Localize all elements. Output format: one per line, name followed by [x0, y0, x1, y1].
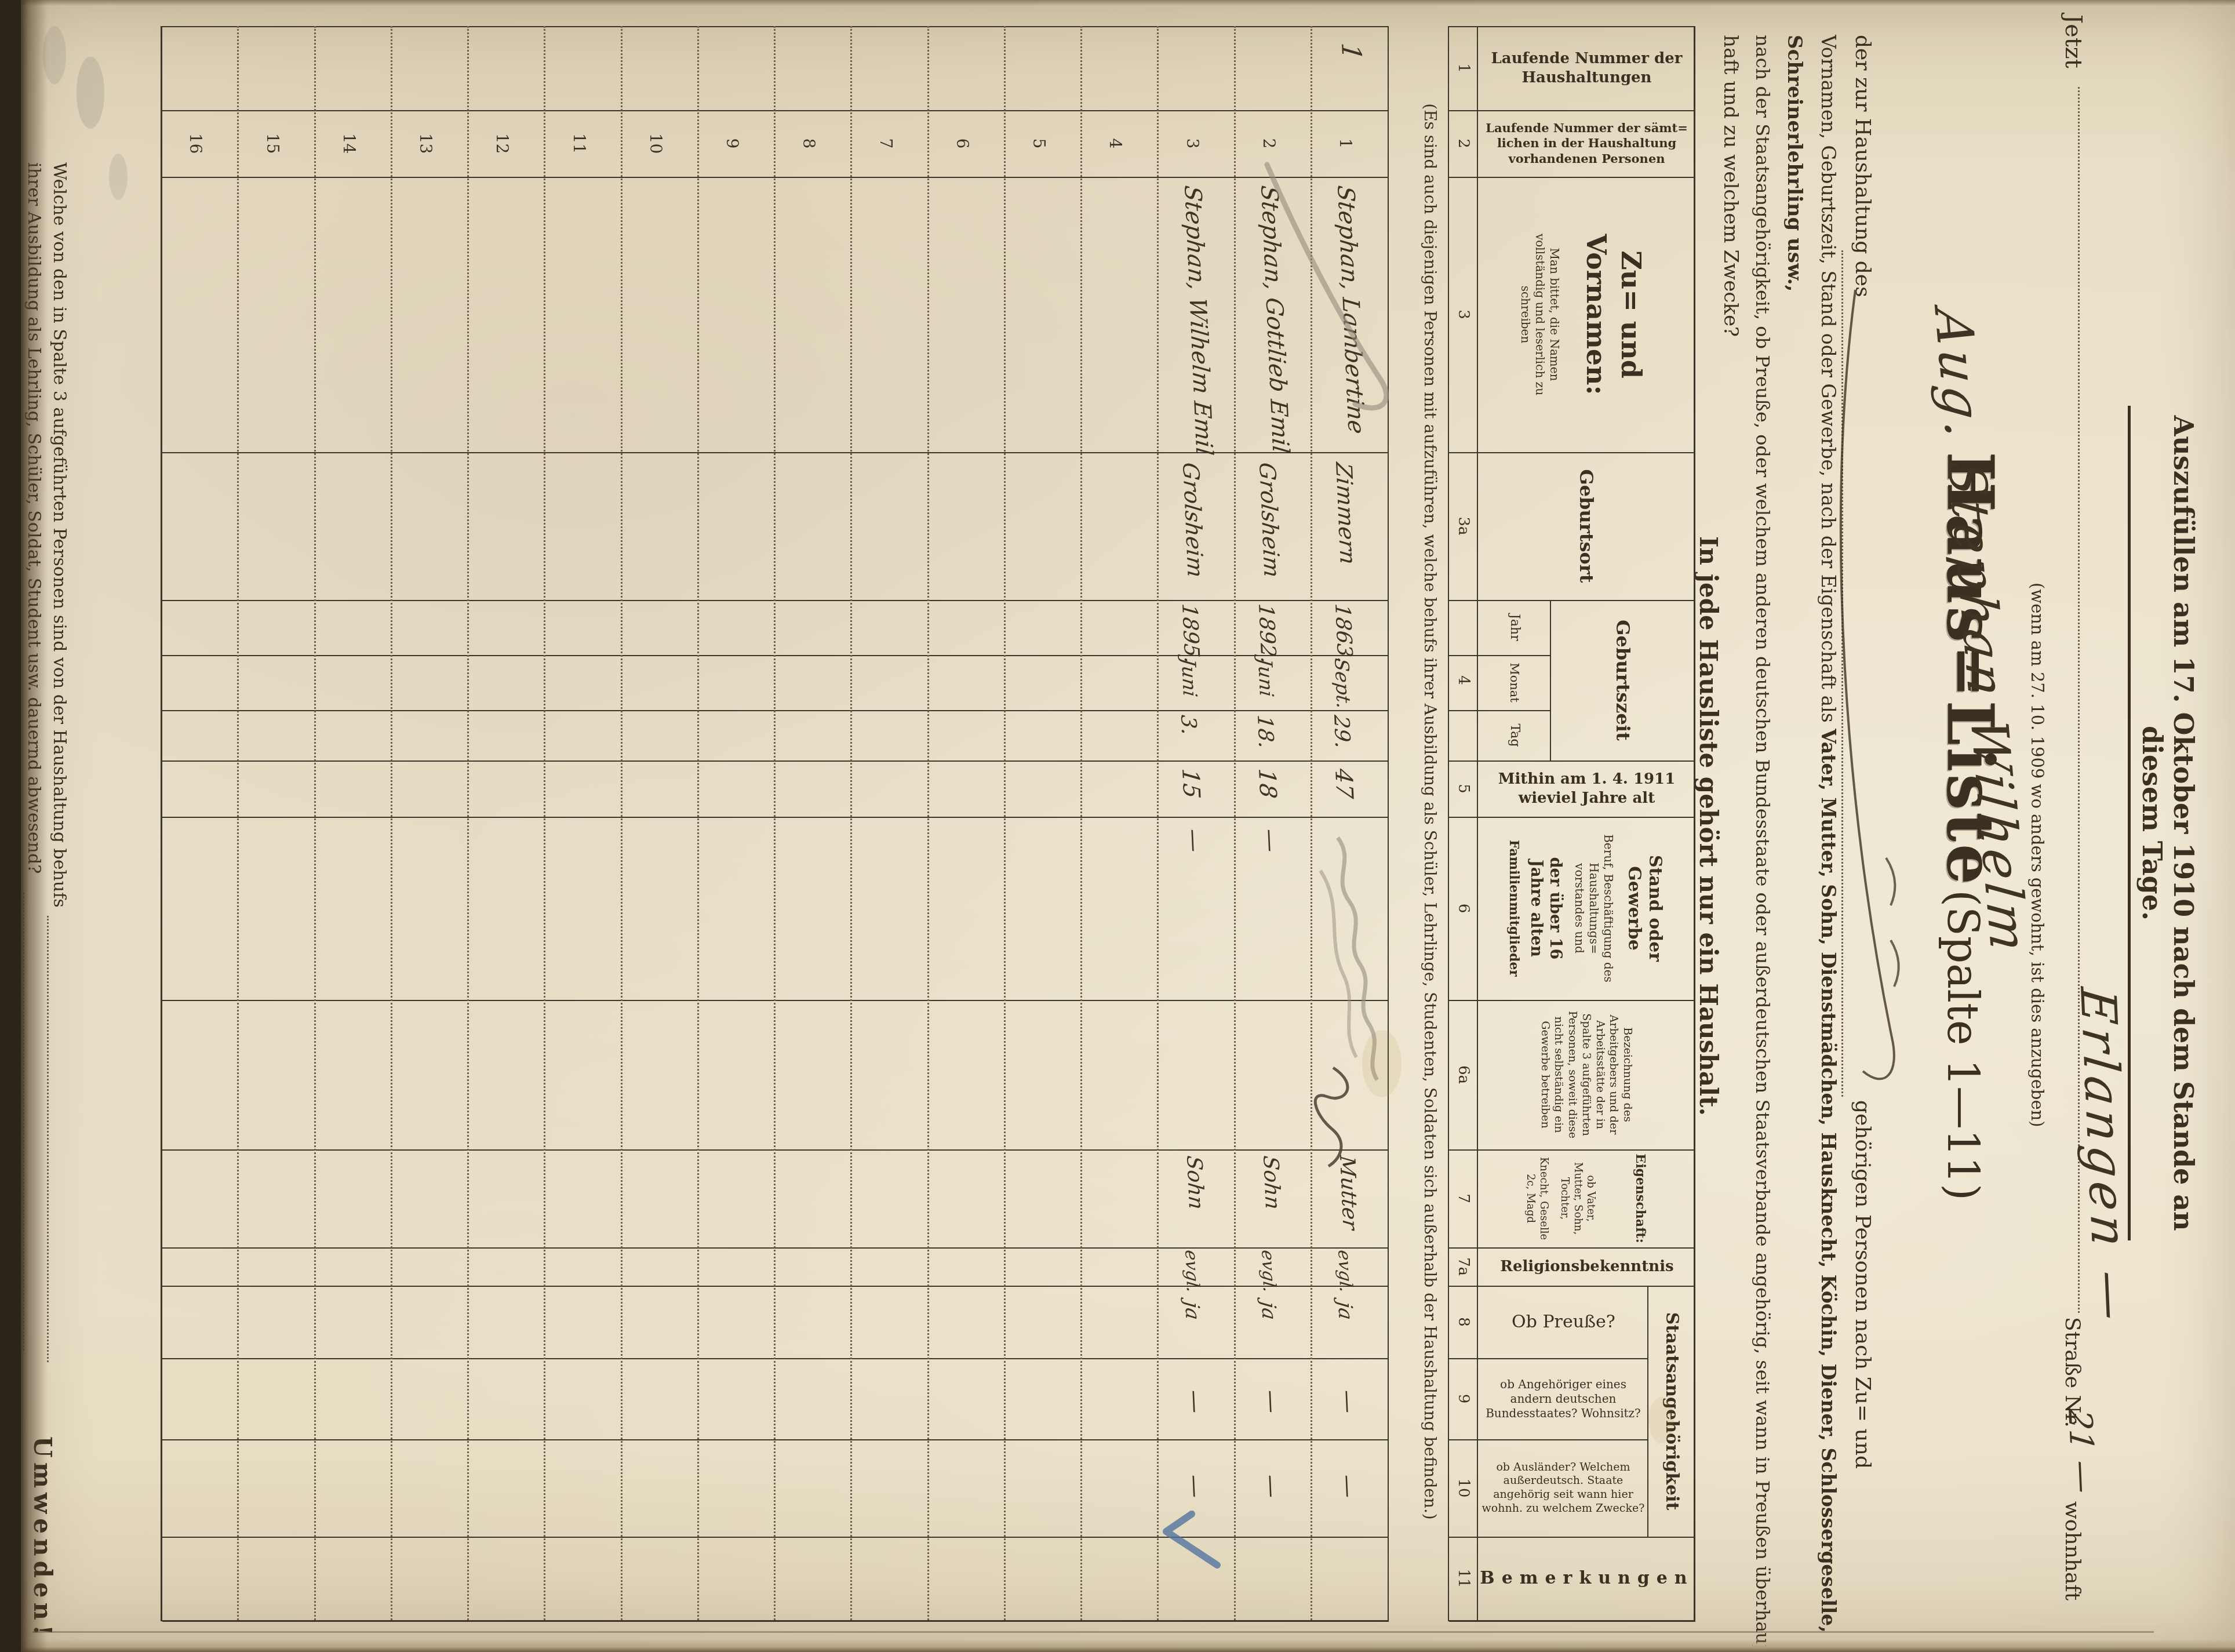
- col6a-header: Bezeichnung des Arbeitgebers und der Arb…: [1479, 1000, 1693, 1149]
- row1-prussian: ja: [1333, 1301, 1357, 1321]
- one-household-rule: In jede Hausliste gehört nur ein Haushal…: [1694, 0, 1723, 1652]
- pencil-smudge: [77, 57, 104, 129]
- page-edge-left: [21, 0, 2235, 6]
- wohnhaft-label: wohnhaft: [2061, 1501, 2084, 1600]
- row3-name: Stephan, Wilhelm Emil: [1179, 184, 1218, 456]
- row2-month: Juni: [1254, 657, 1278, 698]
- pencil-smudge: [109, 154, 128, 200]
- row2-trade: —: [1257, 828, 1284, 853]
- para-line2-normal: Vornamen, Geburtszeit, Stand oder Gewerb…: [1817, 35, 1840, 729]
- col3-title: Zu= und Vornamen:: [1579, 222, 1648, 407]
- page-edge-right: [21, 1639, 2235, 1652]
- row1-household-no: 1: [1335, 42, 1368, 61]
- row1-name: Stephan, Lambertine: [1332, 184, 1370, 435]
- row2-religion: evgl.: [1257, 1249, 1279, 1293]
- students-note: (Es sind auch diejenigen Personen mit au…: [1421, 58, 1440, 1565]
- row3-religion: evgl.: [1181, 1249, 1203, 1293]
- col6-sub3: Familienmitglieder: [1506, 840, 1522, 977]
- row2-day: 18.: [1253, 714, 1278, 749]
- row3-prussian: ja: [1180, 1301, 1204, 1321]
- row2-age: 18: [1253, 767, 1281, 799]
- col6-header: Stand oder Gewerbe Beruf, Beschäftigung …: [1480, 817, 1691, 1000]
- para-line5: haft und zu welchem Zwecke?: [1719, 35, 1742, 337]
- col7-list2: Knecht, Geselle 2c, Magd: [1524, 1155, 1550, 1242]
- col6-sub1: Beruf, Beschäftigung des Haushaltungs= v…: [1572, 830, 1616, 987]
- row3-age: 15: [1177, 767, 1204, 799]
- scanned-book-page: Auszufüllen am 17. Oktober 1910 nach dem…: [0, 0, 2235, 1652]
- para-line2: Vornamen, Geburtszeit, Stand oder Gewerb…: [1817, 35, 1840, 1618]
- row3-year: 1895.: [1177, 603, 1204, 665]
- row3-trade: —: [1180, 828, 1208, 853]
- paper-stain: [1362, 1030, 1402, 1097]
- jetzt-label: Jetzt: [2060, 14, 2087, 68]
- census-form-sheet: Auszufüllen am 17. Oktober 1910 nach dem…: [21, 0, 2235, 1652]
- row2-prussian: ja: [1257, 1301, 1281, 1321]
- col7-header: Eigenschaft: ob Vater, Mutter, Sohn, Toc…: [1479, 1149, 1693, 1247]
- row1-day: 29.: [1329, 714, 1355, 749]
- para-line1-start: der zur Haushaltung des: [1851, 35, 1874, 297]
- row1-status: Mutter: [1335, 1155, 1362, 1231]
- annotation-overlay: [21, 0, 2235, 1652]
- row3-foreigner: —: [1181, 1473, 1209, 1499]
- ink-scribble: [1315, 1068, 1348, 1166]
- col7-title: Eigenschaft:: [1632, 1154, 1648, 1243]
- row2-foreigner: —: [1258, 1473, 1286, 1499]
- fill-date-heading: Auszufüllen am 17. Oktober 1910 nach dem…: [2128, 406, 2199, 1240]
- para-line4: nach der Staatsangehörigkeit, ob Preuße,…: [1752, 35, 1774, 1618]
- col7-list1: ob Vater, Mutter, Sohn, Tochter,: [1558, 1155, 1597, 1242]
- row1-foreigner: —: [1334, 1473, 1362, 1499]
- row2-name: Stephan, Gottlieb Emil: [1255, 184, 1294, 454]
- col3-header: Zu= und Vornamen: Man bittet, die Namen …: [1479, 177, 1687, 452]
- col1-header: Laufende Nummer der Haushaltungen: [1478, 26, 1695, 110]
- page-edge-bottom: [21, 0, 48, 1652]
- col6-title: Stand oder Gewerbe: [1624, 845, 1666, 972]
- binding-crease: [32, 1631, 2154, 1633]
- col8-header: Ob Preuße?: [1479, 1286, 1649, 1358]
- col11-header: Bemerkungen: [1479, 1537, 1696, 1620]
- ink-tick: [1891, 940, 1899, 987]
- row1-other-state: —: [1334, 1389, 1362, 1414]
- row1-religion: evgl.: [1334, 1249, 1356, 1293]
- col4-sub-jahr: Jahr: [1478, 600, 1551, 655]
- pencil-scribble: [1320, 871, 1356, 1057]
- row3-month: Juni: [1177, 657, 1202, 698]
- col4-sub-tag: Tag: [1478, 710, 1551, 760]
- para-line1-end: gehörigen Personen nach Zu= und: [1851, 1100, 1874, 1469]
- blue-checkmark: [1166, 1514, 1217, 1565]
- col3a-header: Geburtsort: [1478, 452, 1695, 600]
- row1-birthplace: Zimmern: [1331, 461, 1361, 566]
- col9-header: ob Angehöriger eines andern deutschen Bu…: [1478, 1358, 1648, 1439]
- row3-birthplace: Grolsheim: [1178, 461, 1208, 578]
- col10-header: ob Ausländer? Welchem außerdeutsch. Staa…: [1478, 1439, 1648, 1537]
- pencil-scribble: [1338, 838, 1377, 1080]
- col7a-header: Religionsbekenntnis: [1479, 1247, 1696, 1286]
- row1-year: 1863.: [1330, 603, 1357, 665]
- footer-question-line1: Welche von den in Spalte 3 aufgeführten …: [49, 162, 70, 908]
- col5-header: Mithin am 1. 4. 1911 wieviel Jahre alt: [1478, 760, 1695, 817]
- row2-status: Sohn: [1258, 1155, 1284, 1211]
- row1-month: Sept.: [1330, 657, 1355, 710]
- col3-note: Man bittet, die Namen vollständig und le…: [1518, 228, 1561, 402]
- col6-sub2: der über 16 Jahre alten: [1526, 847, 1566, 969]
- row2-other-state: —: [1258, 1389, 1286, 1414]
- row3-day: 3.: [1176, 714, 1201, 736]
- ink-tick: [1886, 858, 1895, 905]
- col2-header: Laufende Nummer der sämt= lichen in der …: [1478, 110, 1695, 177]
- col4-sub-monat: Monat: [1478, 655, 1551, 710]
- row2-year: 1892.: [1254, 603, 1280, 665]
- row3-other-state: —: [1181, 1389, 1209, 1414]
- row3-status: Sohn: [1182, 1155, 1208, 1211]
- row1-age: 47: [1330, 767, 1357, 799]
- para-line3: Schreinerlehrling usw.,: [1783, 35, 1806, 292]
- household-name-blank: [1841, 250, 1843, 1097]
- col4-header: Geburtszeit: [1551, 600, 1695, 760]
- row2-birthplace: Grolsheim: [1254, 461, 1285, 578]
- col8-10-group-header: Staatsangehörigkeit: [1648, 1286, 1695, 1537]
- ink-flourish: [1841, 290, 1894, 1079]
- para-line2-bold: Vater, Mutter, Sohn, Dienstmädchen, Haus…: [1817, 729, 1840, 1632]
- strasse-number-handwriting: 21 —: [2061, 1407, 2102, 1495]
